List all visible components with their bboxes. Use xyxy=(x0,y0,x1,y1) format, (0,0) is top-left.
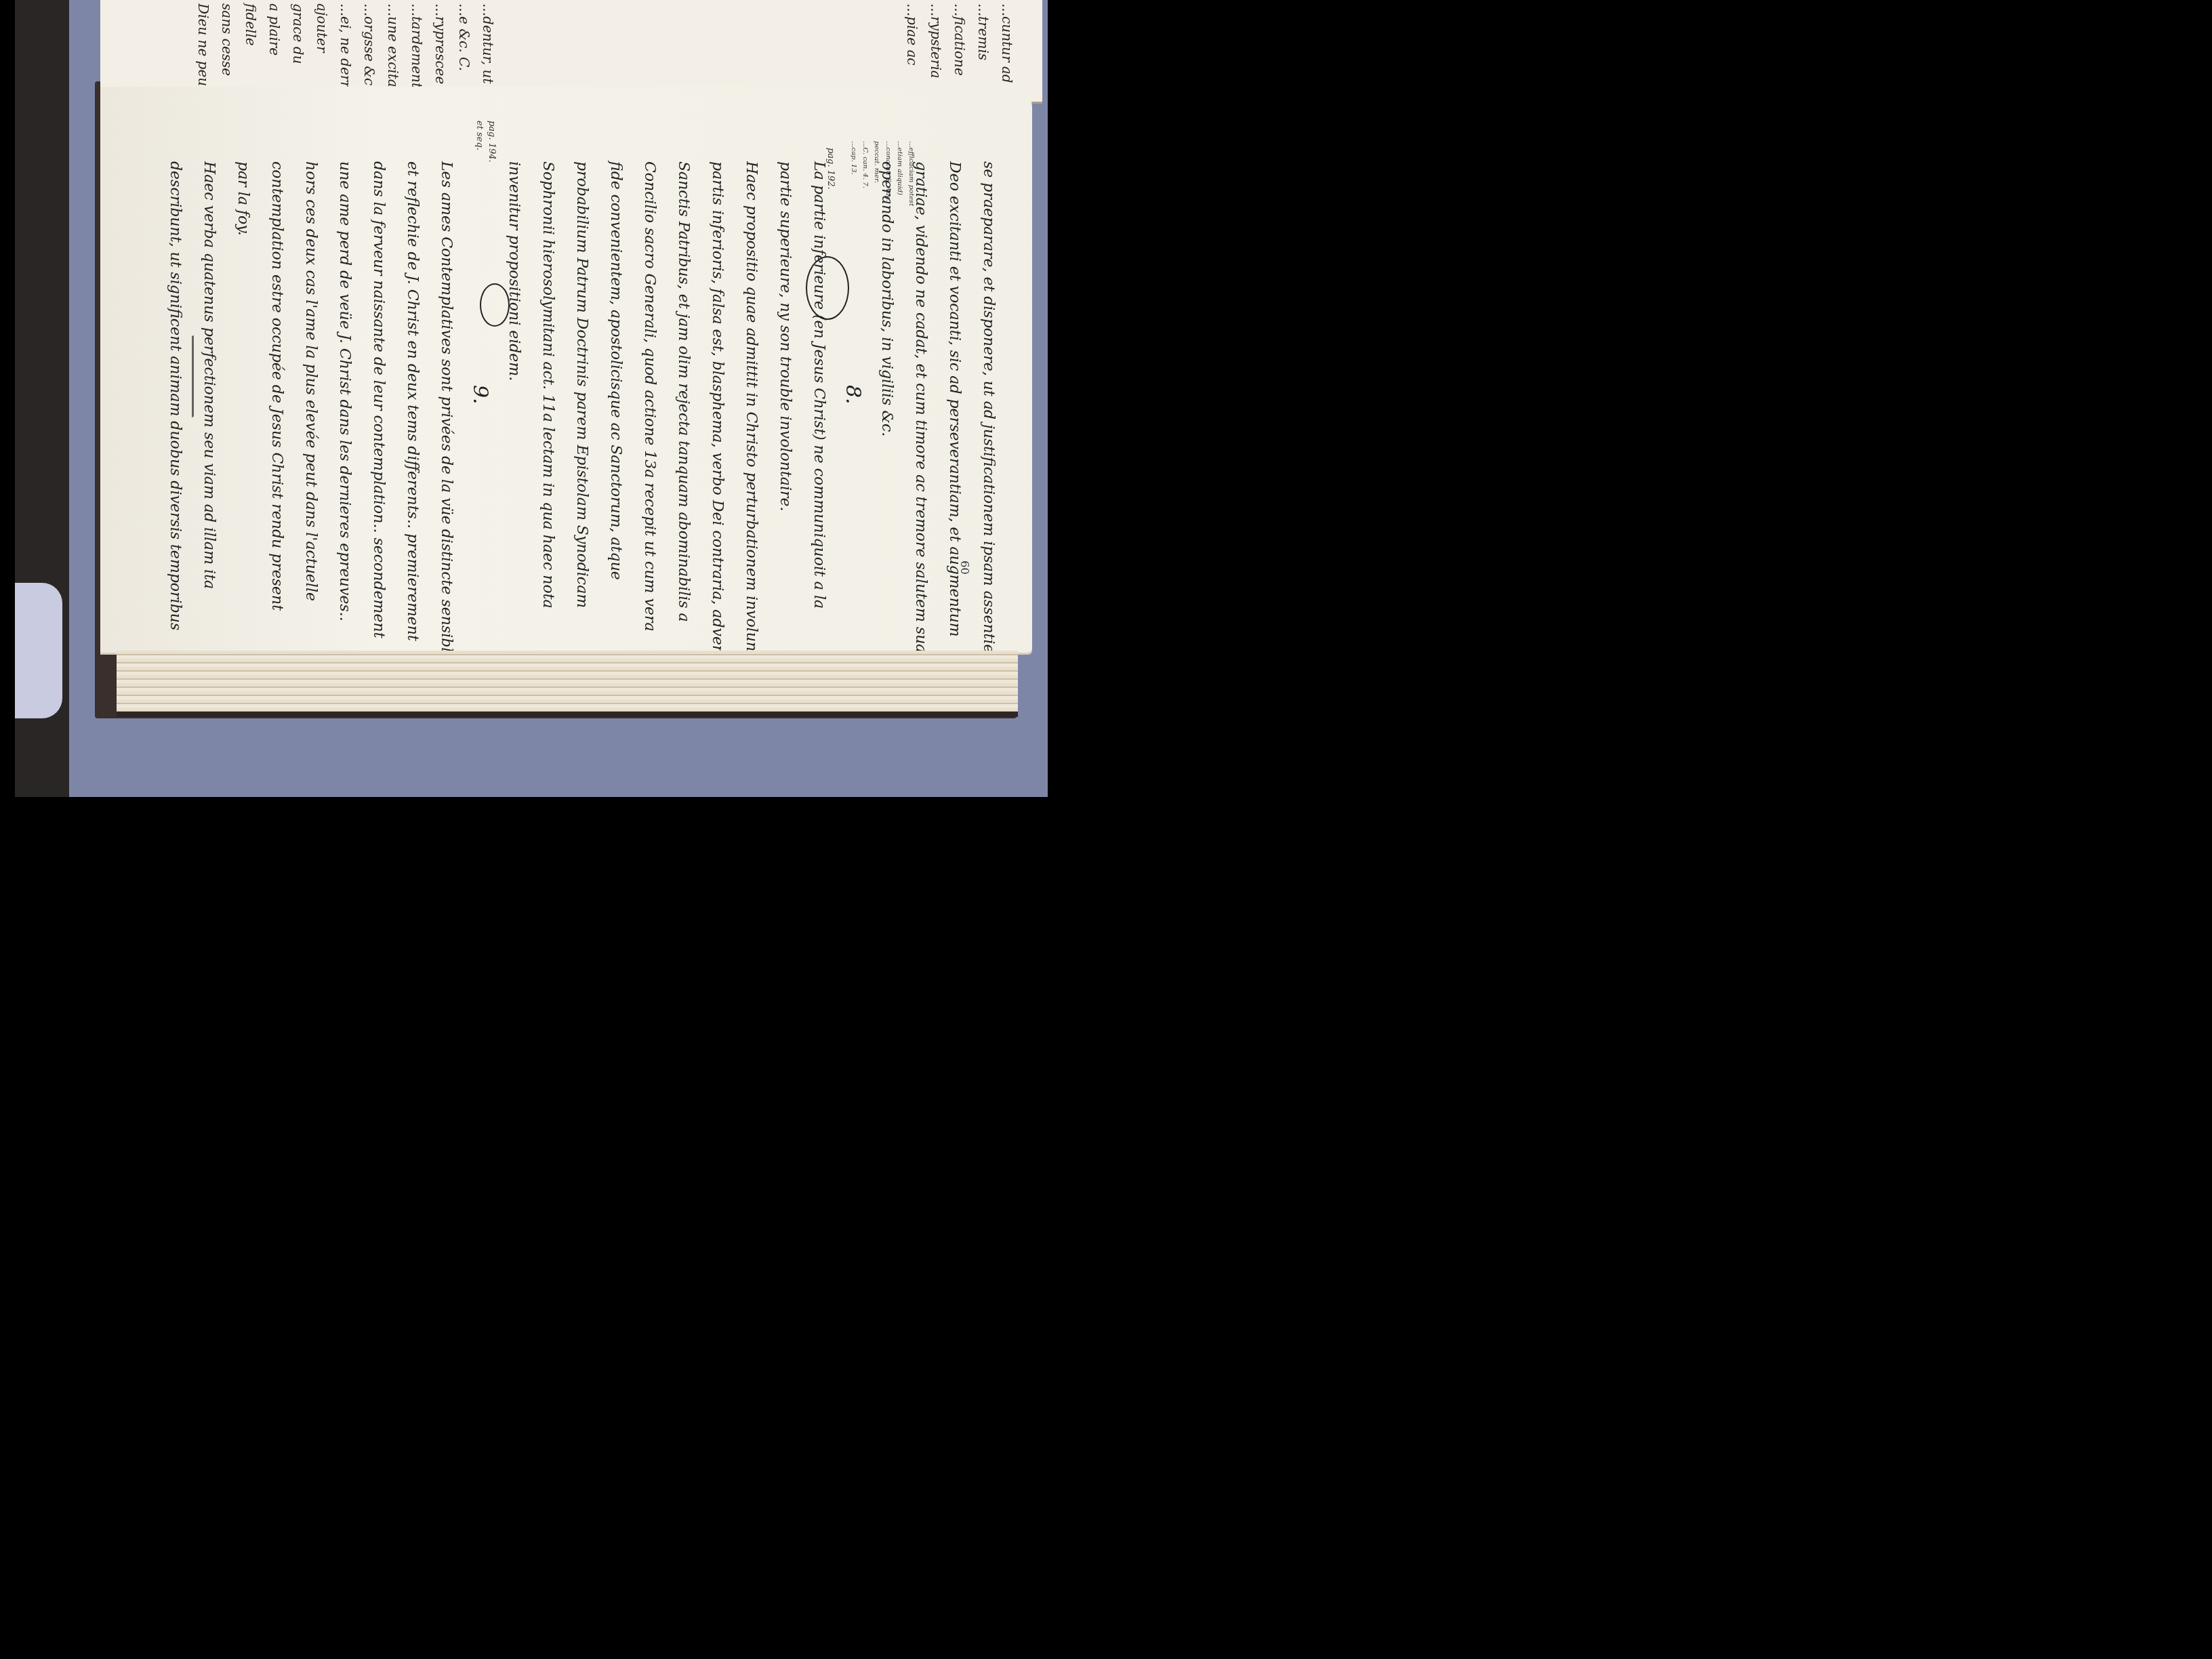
text-line: Deo excitanti et vocanti, sic ad perseve… xyxy=(937,100,971,636)
section-number-9: 9. xyxy=(463,100,497,636)
manuscript-page: ...efficaciam potest ...etiam aliquid) .… xyxy=(100,87,1032,653)
text-line: dans la ferveur naissante de leur contem… xyxy=(361,100,395,636)
upper-fragment: ...ficatione xyxy=(951,3,968,76)
upper-fragment: ...e &c. C. xyxy=(456,3,472,71)
page-block-edges xyxy=(117,651,1018,717)
upper-fragment: ...orgsse &c. xyxy=(361,3,377,90)
upper-fragment: ...rypsteria xyxy=(928,3,944,79)
text-line: Sophronii hierosolymitani act. 11a lecta… xyxy=(531,100,565,636)
text-line: Haec propositio quae admittit in Christo… xyxy=(734,100,768,636)
text-line: probabilium Patrum Doctrinis parem Epist… xyxy=(565,100,598,636)
upper-fragment: Dieu ne peut xyxy=(195,3,211,91)
upper-fragment: a plaire xyxy=(266,3,283,56)
text-line: La partie inferieure (en Jesus Christ) n… xyxy=(802,100,836,636)
text-line: invenitur propositioni eidem. xyxy=(497,100,531,636)
upper-fragment: ...tremis xyxy=(975,3,991,60)
upper-fragment: ajouter xyxy=(314,3,330,52)
text-line: Les ames Contemplatives sont privées de … xyxy=(429,100,463,636)
upper-fragment: ...cuntur ad xyxy=(999,3,1015,83)
text-line: gratiae, videndo ne cadat, et cum timore… xyxy=(903,100,937,636)
upper-fragment: grace du xyxy=(290,3,306,64)
text-line: describunt, ut significent animam duobus… xyxy=(158,100,192,636)
text-line: une ame perd de veüe J. Christ dans les … xyxy=(327,100,361,636)
text-line: et reflechie de J. Christ en deux tems d… xyxy=(395,100,429,636)
text-line: Sanctis Patribus, et jam olim rejecta ta… xyxy=(666,100,700,636)
background-object xyxy=(15,583,62,718)
table-edge xyxy=(15,0,69,797)
upper-fragment: ...piae ac xyxy=(904,3,920,66)
upper-fragment: ...ryprescee xyxy=(432,3,449,84)
manuscript-photo: ...cuntur ad ...tremis ...ficatione ...r… xyxy=(15,0,1048,797)
text-line: fide convenientem, apostolicisque ac San… xyxy=(598,100,632,636)
text-line: operando in laboribus, in vigiliis &c. xyxy=(869,100,903,636)
upper-fragment: fidelle xyxy=(243,3,259,46)
folio-number: 60 xyxy=(958,560,970,574)
initial-flourish xyxy=(806,256,849,320)
text-line: partie superieure, ny son trouble involo… xyxy=(768,100,802,636)
text-line: se praeparare, et disponere, ut ad justi… xyxy=(971,100,1005,636)
upper-fragment: sans cesse xyxy=(219,3,235,76)
upper-fragment: ...dentur, ut xyxy=(480,3,496,84)
initial-flourish xyxy=(480,283,510,327)
main-text: se praeparare, et disponere, ut ad justi… xyxy=(158,100,1005,636)
text-line: contemplation estre occupée de Jesus Chr… xyxy=(260,100,293,636)
section-number-8: 8. xyxy=(836,100,869,636)
text-line: Concilio sacro Generali, quod actione 13… xyxy=(632,100,666,636)
text-line: partis inferioris, falsa est, blasphema,… xyxy=(700,100,734,636)
text-line: hors ces deux cas l'ame la plus elevée p… xyxy=(293,100,327,636)
